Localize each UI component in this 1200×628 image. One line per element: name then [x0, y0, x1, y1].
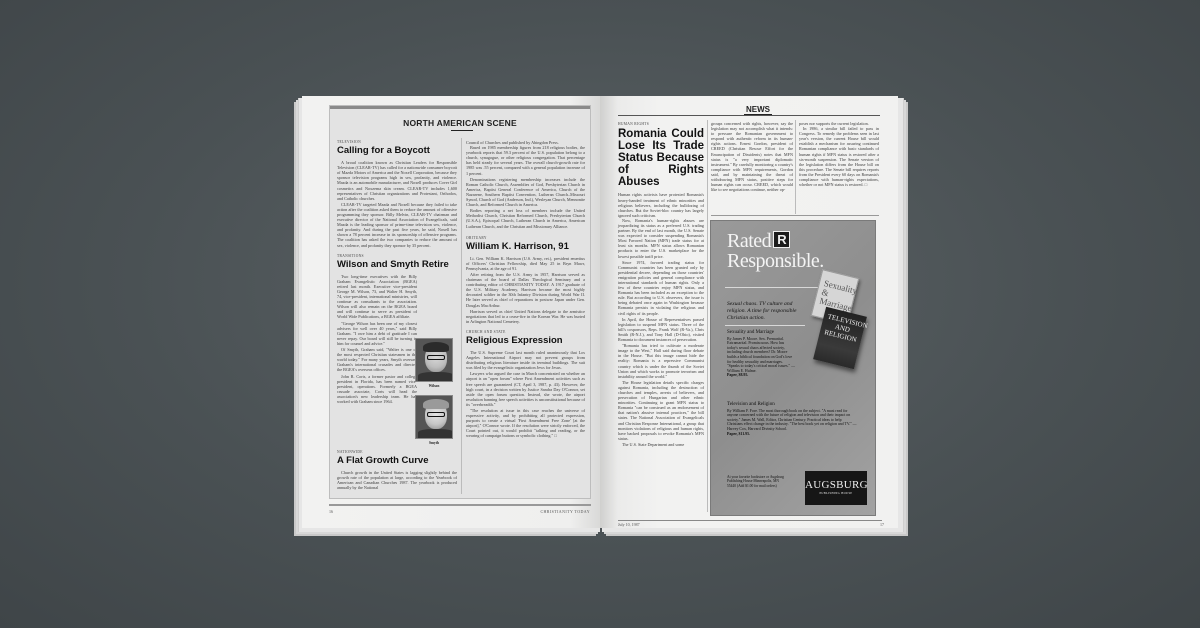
- footer-rule: [329, 504, 591, 506]
- book-price: Paper, $8.95.: [727, 373, 795, 378]
- paragraph: The U.S. State Department and some: [618, 442, 704, 447]
- ad-address: At your favorite bookstore or Augsburg P…: [727, 475, 787, 488]
- paragraph: Based on 1985 membership figures from 21…: [466, 145, 585, 176]
- page-number: 16: [329, 509, 333, 514]
- column-divider: [795, 120, 796, 214]
- column-divider: [707, 120, 708, 512]
- left-column-2: Council of Churches and published by Abi…: [466, 140, 585, 440]
- ad-title-line2: Responsible.: [727, 250, 824, 272]
- photo-caption: Smyth: [414, 441, 454, 445]
- right-column-3: poses nor supports the current legislati…: [799, 121, 879, 188]
- paragraph: Since 1974, favored trading status for C…: [618, 260, 704, 316]
- paragraph: Lt. Gen. William K. Harrison (U.S. Army,…: [466, 256, 585, 271]
- right-column-2: groups concerned with rights, however, s…: [711, 121, 793, 192]
- publisher-subtitle: PUBLISHING HOUSE: [805, 492, 867, 495]
- paragraph: CLEAR-TV targeted Mazda and Noxell becau…: [337, 202, 457, 248]
- headline: Romania Could Lose Its Trade Status Beca…: [618, 128, 704, 188]
- section-title: NEWS: [746, 105, 770, 114]
- column-divider: [461, 138, 462, 494]
- augsburg-logo: AUGSBURG PUBLISHING HOUSE: [805, 471, 867, 505]
- paragraph: In 1986, a similar bill failed to pass i…: [799, 126, 879, 187]
- section-title-underline: [451, 130, 473, 131]
- smyth-photo: [415, 395, 453, 439]
- article-end-rule: [711, 215, 879, 216]
- paragraph: A broad coalition known as Christian Lea…: [337, 160, 457, 201]
- paragraph: Of Smyth, Graham said, "Walter is one of…: [337, 347, 417, 372]
- book-price: Paper, $11.95.: [727, 432, 857, 437]
- paragraph: Two long-time executives with the Billy …: [337, 274, 417, 320]
- north-american-scene-box: NORTH AMERICAN SCENE TELEVISION Calling …: [329, 105, 591, 499]
- paragraph: Lawyers who argued the case in March con…: [466, 371, 585, 407]
- wilson-photo: [415, 338, 453, 382]
- paragraph: The U.S. Supreme Court last month ruled …: [466, 350, 585, 370]
- paragraph: The House legislation details specific c…: [618, 380, 704, 441]
- paragraph: Bodies reporting a net loss of members i…: [466, 208, 585, 228]
- paragraph: groups concerned with rights, however, s…: [711, 121, 793, 192]
- ad-divider: [725, 325, 805, 326]
- wilson-smyth-text: Two long-time executives with the Billy …: [337, 274, 417, 404]
- paragraph: "Romania has tried to cultivate a modera…: [618, 343, 704, 379]
- paragraph: Human rights activists have protested Ro…: [618, 192, 704, 217]
- paragraph: After retiring from the U.S. Army in 195…: [466, 272, 585, 308]
- paragraph: John R. Corts, a former pastor and colle…: [337, 374, 417, 405]
- right-column-1: HUMAN RIGHTS Romania Could Lose Its Trad…: [618, 118, 704, 448]
- publication-name: CHRISTIANITY TODAY: [540, 509, 590, 514]
- headline: Calling for a Boycott: [337, 146, 457, 156]
- section-title: NORTH AMERICAN SCENE: [330, 118, 590, 128]
- kicker: TRANSITIONS: [337, 254, 457, 259]
- issue-date: July 10, 1987: [618, 522, 640, 527]
- book-title: Television and Religion: [727, 403, 857, 408]
- book2-description: Television and Religion By William F. Fo…: [727, 403, 857, 436]
- paragraph: "George Wilson has been one of my closes…: [337, 321, 417, 346]
- book-cover-title: Sexuality & Marriage: [819, 279, 859, 313]
- footer-rule: [618, 520, 882, 521]
- open-magazine-spread: NORTH AMERICAN SCENE TELEVISION Calling …: [302, 96, 898, 532]
- paragraph: Denominations registering membership inc…: [466, 177, 585, 208]
- augsburg-advertisement: RatedR Responsible. Sexual chaos. TV cul…: [710, 220, 876, 516]
- publisher-name: AUGSBURG: [805, 479, 867, 491]
- paragraph: "The resolution at issue in this case re…: [466, 408, 585, 439]
- paragraph: In April, the House of Representatives p…: [618, 317, 704, 342]
- kicker: HUMAN RIGHTS: [618, 122, 704, 127]
- ad-headline: RatedR Responsible.: [727, 231, 824, 271]
- headline: William K. Harrison, 91: [466, 242, 585, 252]
- paragraph: Now, Romania's human-rights abuses are j…: [618, 218, 704, 259]
- ad-tagline: Sexual chaos. TV culture and religion. A…: [727, 301, 809, 322]
- right-page: NEWS HUMAN RIGHTS Romania Could Lose Its…: [600, 96, 898, 528]
- book-title: Sexuality and Marriage: [727, 331, 795, 336]
- kicker: OBITUARY: [466, 236, 585, 241]
- book1-description: Sexuality and Marriage By James P. Moore…: [727, 331, 795, 378]
- headline: A Flat Growth Curve: [337, 456, 457, 466]
- headline: Religious Expression: [466, 336, 585, 346]
- ad-title-line1: Rated: [727, 230, 771, 252]
- flat-growth-article: NATIONWIDE A Flat Growth Curve Church gr…: [337, 446, 457, 491]
- book-blurb: By William F. Fore. The most thorough bo…: [727, 409, 857, 432]
- paragraph: Church growth in the United States is la…: [337, 470, 457, 490]
- book-cover-title: TELEVISION AND RELIGION: [823, 313, 862, 345]
- page-number: 17: [880, 522, 884, 527]
- photo-caption: Wilson: [414, 384, 454, 388]
- paragraph: Harrison served as chief United Nations …: [466, 309, 585, 324]
- left-page: NORTH AMERICAN SCENE TELEVISION Calling …: [302, 96, 600, 528]
- top-rule: [330, 106, 590, 109]
- book-blurb: By James P. Moore. Sex. Premarital. Extr…: [727, 337, 795, 374]
- headline: Wilson and Smyth Retire: [337, 260, 457, 270]
- header-rule: [618, 115, 880, 116]
- r-rating-badge: R: [773, 231, 790, 248]
